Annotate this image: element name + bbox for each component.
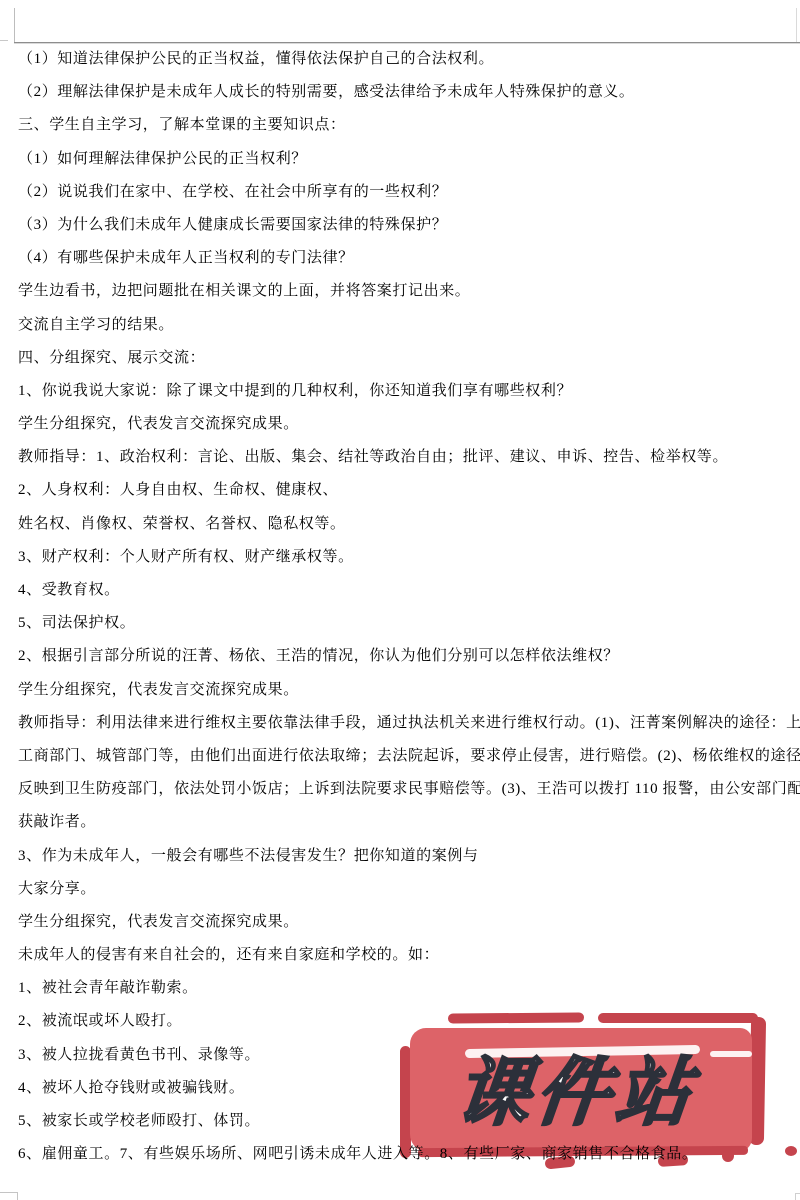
- paragraph-line: 3、被人拉拢看黄色书刊、录像等。: [18, 1039, 798, 1072]
- paragraph-line: 学生分组探究，代表发言交流探究成果。: [18, 674, 798, 707]
- paragraph-line: 大家分享。: [18, 873, 798, 906]
- paragraph-line: 学生分组探究，代表发言交流探究成果。: [18, 408, 798, 441]
- paragraph-line: 5、被家长或学校老师殴打、体罚。: [18, 1105, 798, 1138]
- paragraph-line: 工商部门、城管部门等，由他们出面进行依法取缔；去法院起诉，要求停止侵害，进行赔偿…: [18, 740, 798, 773]
- paragraph-line: 1、你说我说大家说：除了课文中提到的几种权利，你还知道我们享有哪些权利？: [18, 375, 798, 408]
- paragraph-line: 交流自主学习的结果。: [18, 309, 798, 342]
- paragraph-line: 2、被流氓或坏人殴打。: [18, 1005, 798, 1038]
- paragraph-line: 3、作为未成年人，一般会有哪些不法侵害发生？把你知道的案例与: [18, 840, 798, 873]
- paragraph-line: 教师指导：1、政治权利：言论、出版、集会、结社等政治自由；批评、建议、申诉、控告…: [18, 441, 798, 474]
- paragraph-line: 三、学生自主学习，了解本堂课的主要知识点：: [18, 109, 798, 142]
- paragraph-line: 3、财产权利：个人财产所有权、财产继承权等。: [18, 541, 798, 574]
- document-page: { "page": { "background": "#ffffff", "te…: [0, 0, 800, 1200]
- page-boundary-bottom-right-v: [795, 1193, 796, 1200]
- document-body: （1）知道法律保护公民的正当权益，懂得依法保护自己的合法权利。（2）理解法律保护…: [18, 43, 798, 1171]
- paragraph-line: 未成年人的侵害有来自社会的，还有来自家庭和学校的。如：: [18, 939, 798, 972]
- paragraph-line: 6、雇佣童工。7、有些娱乐场所、网吧引诱未成年人进入等。8、有些厂家、商家销售不…: [18, 1138, 798, 1171]
- paragraph-line: 4、受教育权。: [18, 574, 798, 607]
- page-boundary-left-tick: [0, 40, 8, 41]
- paragraph-line: 4、被坏人抢夺钱财或被骗钱财。: [18, 1072, 798, 1105]
- page-boundary-right-tick: [796, 8, 797, 42]
- page-boundary-bottom-left-h: [0, 1192, 18, 1193]
- paragraph-line: 2、根据引言部分所说的汪菁、杨依、王浩的情况，你认为他们分别可以怎样依法维权？: [18, 640, 798, 673]
- paragraph-line: 1、被社会青年敲诈勒索。: [18, 972, 798, 1005]
- paragraph-line: 学生分组探究，代表发言交流探究成果。: [18, 906, 798, 939]
- paragraph-line: 姓名权、肖像权、荣誉权、名誉权、隐私权等。: [18, 508, 798, 541]
- paragraph-line: （1）知道法律保护公民的正当权益，懂得依法保护自己的合法权利。: [18, 43, 798, 76]
- paragraph-line: 5、司法保护权。: [18, 607, 798, 640]
- paragraph-line: （2）说说我们在家中、在学校、在社会中所享有的一些权利？: [18, 176, 798, 209]
- paragraph-line: 获敲诈者。: [18, 806, 798, 839]
- page-boundary-bottom-left-v: [17, 1192, 18, 1200]
- paragraph-line: 反映到卫生防疫部门，依法处罚小饭店；上诉到法院要求民事赔偿等。(3)、王浩可以拨…: [18, 773, 798, 806]
- paragraph-line: （4）有哪些保护未成年人正当权利的专门法律？: [18, 242, 798, 275]
- paragraph-line: 四、分组探究、展示交流：: [18, 342, 798, 375]
- paragraph-line: （1）如何理解法律保护公民的正当权利？: [18, 143, 798, 176]
- paragraph-line: （2）理解法律保护是未成年人成长的特别需要，感受法律给予未成年人特殊保护的意义。: [18, 76, 798, 109]
- paragraph-line: 学生边看书，边把问题批在相关课文的上面，并将答案打记出来。: [18, 275, 798, 308]
- paragraph-line: 2、人身权利：人身自由权、生命权、健康权、: [18, 474, 798, 507]
- page-boundary-top-tick: [14, 8, 15, 42]
- paragraph-line: （3）为什么我们未成年人健康成长需要国家法律的特殊保护？: [18, 209, 798, 242]
- paragraph-line: 教师指导：利用法律来进行维权主要依靠法律手段，通过执法机关来进行维权行动。(1)…: [18, 707, 798, 740]
